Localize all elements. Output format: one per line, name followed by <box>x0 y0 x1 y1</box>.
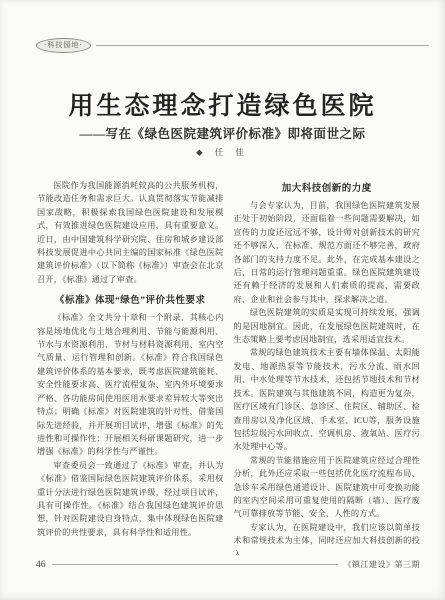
page-footer: 46 《镇江建设》第三期 <box>36 559 420 570</box>
paragraph: 《标准》全文共分十章和一个附录，其核心内容是场地优化与土地合理利用、节能与能源利… <box>37 311 224 458</box>
paragraph: 专家认为，在医院建设中，我们应该以简单技术和常规技术为主体，同时还应加大科技创新… <box>234 521 421 555</box>
article-author: ◆ 任 佳 <box>0 146 445 158</box>
left-column: 医院作为我国能源消耗较高的公共服务机构，节能改造任务和需求巨大。认真贯彻落实节能… <box>37 179 224 555</box>
page-number: 46 <box>36 560 46 570</box>
article-subtitle: ——写在《绿色医院建筑评价标准》即将面世之际 <box>0 124 445 142</box>
journal-name: 《镇江建设》第三期 <box>344 559 421 570</box>
paragraph: 与会专家认为，目前，我国绿色医院建筑发展正处于初始阶段，还面临着一些问题需要解决… <box>234 199 421 306</box>
paragraph: 绿色医院建筑的实质是实现可持续发展，强调的是因地制宜。因此，在发展绿色医院建筑时… <box>234 306 421 346</box>
paragraph: 审查委员会一致通过了《标准》审查，并认为《标准》借鉴国际绿色医院建筑评价体系，采… <box>37 459 224 539</box>
header-rule <box>96 45 429 46</box>
journal-page: ·科技园地· 用生态理念打造绿色医院 ——写在《绿色医院建筑评价标准》即将面世之… <box>0 0 445 600</box>
masthead: ·科技园地· <box>36 38 429 53</box>
footer-rule <box>52 564 338 565</box>
paragraph: 常规的节能措施应用于医院建筑应经过合理性分析，此外还应采取一些包括优化医疗流程布… <box>234 454 421 521</box>
paragraph: 常规的绿色建筑技术主要有墙体保温、太阳能发电、地源热泵等节能技术，污水分流、雨水… <box>234 346 421 453</box>
column-badge: ·科技园地· <box>36 38 91 53</box>
article-body: 医院作为我国能源消耗较高的公共服务机构，节能改造任务和需求巨大。认真贯彻落实节能… <box>37 179 420 555</box>
paragraph: 医院作为我国能源消耗较高的公共服务机构，节能改造任务和需求巨大。认真贯彻落实节能… <box>37 179 224 286</box>
section-heading: 加大科技创新的力度 <box>234 180 421 194</box>
section-heading: 《标准》体现“绿色”评价共性要求 <box>37 292 224 306</box>
article-title: 用生态理念打造绿色医院 <box>0 86 445 122</box>
right-column: 加大科技创新的力度 与会专家认为，目前，我国绿色医院建筑发展正处于初始阶段，还面… <box>234 179 421 555</box>
